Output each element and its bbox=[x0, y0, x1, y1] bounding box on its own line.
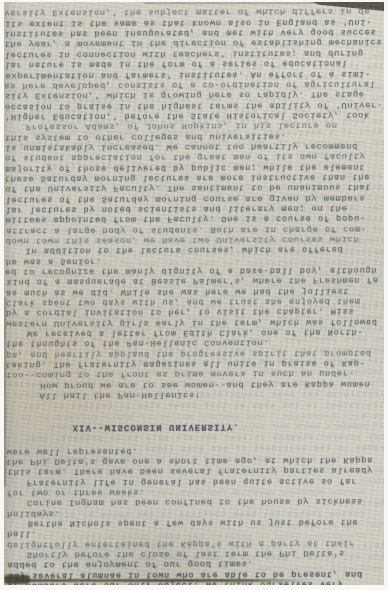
text-line: delightfully entertained the Kappa's wit… bbox=[7, 537, 381, 549]
text-line: experimentation and farmers' institutes.… bbox=[6, 68, 380, 80]
page-text: if numbers were our only object. We thin… bbox=[4, 6, 381, 585]
text-line: Professor Adams, of Johns Hopkins, in hi… bbox=[6, 120, 380, 132]
text-line: All hail the Pan-Hellenics! bbox=[6, 389, 380, 401]
text-line: down town this season, we have two Unive… bbox=[6, 234, 380, 246]
text-line: this term. There have been several frate… bbox=[8, 465, 382, 477]
text-line: occasion to praise in the highest terms … bbox=[5, 99, 379, 111]
section-heading: XIV--WISCONSIN UNIVERSITY. bbox=[73, 421, 381, 433]
text-line: these Saturday morning lectures are more… bbox=[5, 172, 379, 184]
page-left-edge-shadow bbox=[4, 297, 6, 487]
mirrored-text-block: if numbers were our only object. We thin… bbox=[4, 6, 381, 585]
text-line: lectures in connection with teachers' in… bbox=[5, 48, 379, 60]
text-line: the Phi Delta's gave one a short time ag… bbox=[6, 455, 380, 467]
page-bottom-edge-shadow bbox=[12, 579, 312, 583]
text-line: kind of a masquerade at Bessie Palmer's,… bbox=[7, 275, 381, 287]
lines-before-heading: if numbers were our only object. We thin… bbox=[7, 444, 382, 585]
text-line: Bertha Nichols spent a few days with us … bbox=[8, 517, 382, 529]
lines-after-heading: All hail the Pan-Hellenics!How proud we … bbox=[4, 6, 380, 401]
text-line: ed to recognize the manly dignity of a b… bbox=[5, 265, 379, 277]
text-line: How proud we are to see women--and they … bbox=[7, 379, 381, 391]
text-line: of student appreciation for the great me… bbox=[5, 151, 379, 163]
text-line: lectures of the Saturday morning course … bbox=[5, 192, 379, 204]
text-line: attract a large body of students. Both a… bbox=[6, 223, 380, 235]
text-line: its extent is the same as that known als… bbox=[5, 16, 379, 28]
text-line: versity Extension,' the subject matter o… bbox=[4, 6, 378, 18]
text-line: In addition to the lecture courses, whic… bbox=[6, 244, 380, 256]
scanned-page: All hail the Pan-Hellenics!How proud we … bbox=[4, 2, 384, 585]
text-line: taking. The fraternity magazines all uni… bbox=[6, 358, 380, 370]
text-line: as here developed, consists of a co-ordi… bbox=[4, 79, 378, 91]
text-line: added to the enjoyment of our good times… bbox=[7, 558, 381, 570]
text-line: too--coming to the front as prime movers… bbox=[6, 368, 380, 380]
scanned-document-screenshot: { "page": { "kind": "scanned typewritten… bbox=[0, 0, 388, 590]
page-top-edge-shadow bbox=[144, 2, 314, 4]
text-line: Corine Ingham has been confined to the h… bbox=[7, 496, 381, 508]
page-bottom-left-ink-smudge bbox=[4, 575, 30, 584]
text-line: Clark spent two days with us, and we tru… bbox=[6, 296, 380, 308]
text-line: for two or three weeks. bbox=[7, 486, 381, 498]
text-line: pa, and heartily applaud the progressive… bbox=[6, 347, 380, 359]
text-line: We received a letter from Edith Clark, o… bbox=[7, 327, 381, 339]
